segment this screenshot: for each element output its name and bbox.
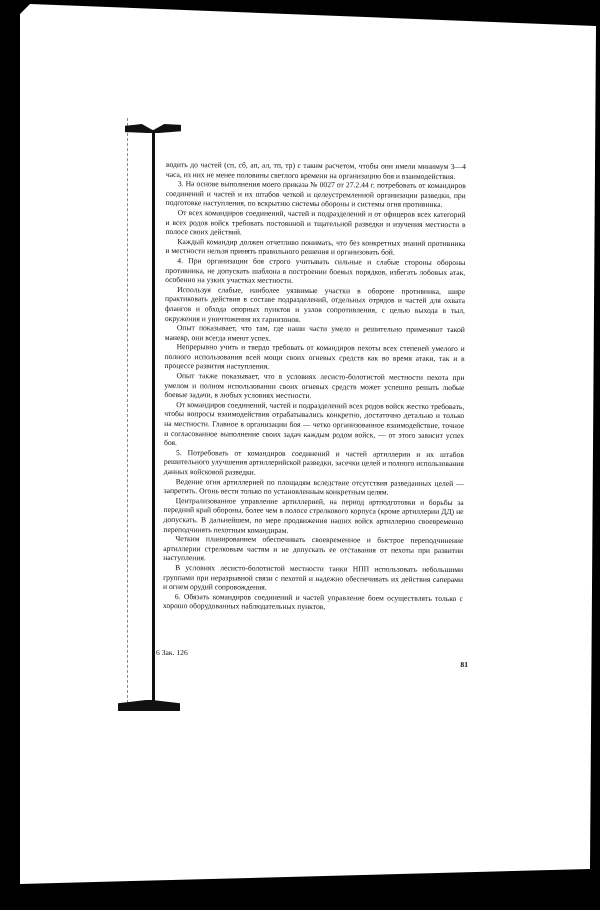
vertical-binding-stem	[152, 650, 155, 705]
paragraph: Каждый командир должен отчетливо понимат…	[165, 237, 465, 258]
paragraph: От всех командиров соединений, частей и …	[165, 208, 465, 239]
document-body: водить до частей (сп, сб, ап, ал, тп, тр…	[163, 160, 466, 613]
paragraph: 6. Обязать командиров соединений и часте…	[163, 592, 463, 613]
paragraph: Четким планированием обеспечивать своевр…	[163, 534, 463, 565]
paragraph: Опыт показывает, что там, где наши части…	[165, 323, 465, 344]
paragraph: Централизованное управление артиллерией,…	[163, 496, 463, 536]
paragraph: В условиях лесисто-болотистой местности …	[163, 563, 463, 594]
paragraph: Опыт также показывает, что в условиях ле…	[164, 371, 464, 402]
paragraph: Ведение огня артиллерией по площадям всл…	[164, 477, 464, 498]
page-edge-dashed-line	[127, 118, 128, 708]
paragraph: водить до частей (сп, сб, ап, ал, тп, тр…	[166, 160, 466, 181]
paragraph: От командиров соединений, частей и подра…	[164, 400, 464, 450]
paragraph: 5. Потребовать от командиров соединений …	[164, 448, 464, 479]
vertical-binding-rule	[152, 130, 155, 660]
paragraph: 3. На основе выполнения моего приказа № …	[166, 179, 466, 210]
print-signature: 6 Зак. 126	[156, 648, 188, 657]
page-number: 81	[460, 660, 468, 669]
paragraph: Непрерывно учить и твердо требовать от к…	[165, 342, 465, 373]
paragraph: 4. При организации боя строго учитывать …	[165, 256, 465, 287]
paragraph: Используя слабые, наиболее уязвимые учас…	[165, 285, 465, 325]
